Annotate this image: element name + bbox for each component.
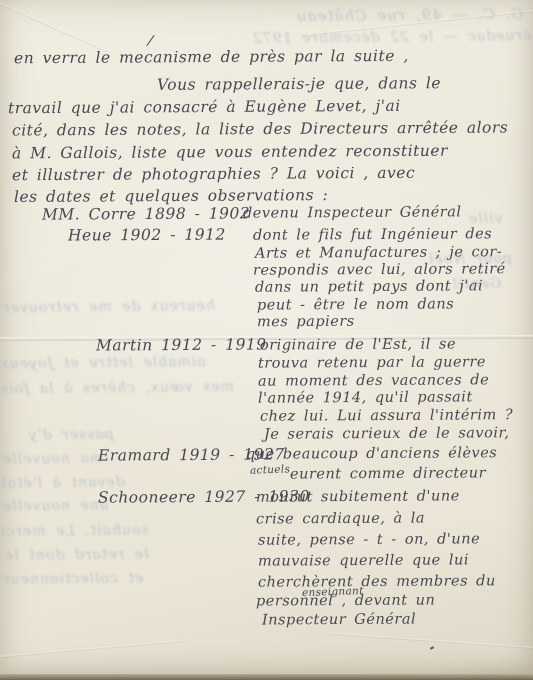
director-note: devenu Inspecteur Général (243, 205, 462, 221)
director-note: respondis avec lui, alors retiré (253, 262, 506, 278)
director-name: Schooneere (98, 488, 196, 507)
letter-line: en verra le mecanisme de près par la sui… (14, 49, 409, 67)
director-note: originaire de l'Est, il se (260, 337, 456, 353)
bleedthrough-line: le retard dont le (4, 547, 149, 563)
director-name-years: Martin 1912 - 1919 (96, 337, 267, 354)
director-note: mes papiers (257, 315, 355, 330)
inserted-word: actuels (250, 463, 291, 476)
director-note: chez lui. Lui assura l'intérim ? (260, 408, 513, 424)
letter-line: à M. Gallois, liste que vous entendez re… (12, 144, 448, 162)
director-name-years: MM. Corre 1898 - 1902 (42, 206, 250, 223)
director-note: Inspecteur Général (262, 613, 416, 628)
bleedthrough-line: heureux de me retrouver (2, 299, 215, 315)
letter-line: Vous rappellerais-je que, dans le (157, 76, 441, 93)
letter-page: G. C. — 49, rue Château 33600 Chéruedac … (0, 0, 533, 680)
director-note: l'année 1914, qu'il passait (258, 390, 473, 406)
director-name-years: Heue 1902 - 1912 (68, 228, 226, 244)
director-note: crise cardiaque, à la (256, 511, 425, 527)
director-note: personnel , devant un (256, 593, 435, 609)
director-note: mauvaise querelle que lui (258, 553, 469, 569)
bleedthrough-line: passer d'y (28, 428, 114, 443)
director-note: suite, pense - t - on, d'une (258, 532, 480, 548)
letter-line: travail que j'ai consacré à Eugène Levet… (8, 99, 401, 117)
director-years: 1912 - 1919 (161, 335, 267, 354)
letter-line: les dates et quelques observations : (14, 188, 328, 205)
bleedthrough-line: une nouvelle (2, 498, 109, 513)
director-note: Arts et Manufactures ; je cor- (255, 245, 502, 261)
letter-line: cité, dans les notes, la liste des Direc… (12, 120, 508, 139)
bottom-crease (0, 639, 190, 658)
caret-mark: / (147, 33, 154, 50)
director-years: 1902 - 1912 (120, 226, 226, 245)
director-name: Eramard (98, 446, 171, 464)
director-note: trouva retenu par la guerre (258, 355, 486, 371)
ink-speck (430, 646, 434, 650)
director-note: Je serais curieux de le savoir, (264, 426, 510, 442)
bleedthrough-line: ville (468, 212, 503, 226)
bleedthrough-line: ma nouvelle (2, 451, 103, 466)
director-name: Martin (96, 336, 153, 354)
corner-crease (0, 2, 107, 53)
director-name: Heue (68, 226, 112, 244)
director-note: dont le fils fut Ingénieur des (253, 227, 492, 243)
bleedthrough-line: mes vœux, chères à la fois (0, 380, 234, 396)
director-note: eurent comme directeur (290, 466, 486, 482)
director-note: dans un petit pays dont j'ai (255, 279, 483, 295)
director-name: MM. Corre (42, 205, 136, 224)
page-bottom-shadow (0, 674, 533, 680)
director-years: 1898 - 1902 (145, 204, 251, 223)
bleedthrough-line: aimable lettre et Joyeux (0, 355, 206, 371)
director-note: mourut subitement d'une (256, 489, 460, 505)
director-note: au moment des vacances de (258, 373, 489, 389)
director-note: peut - être le nom dans (257, 297, 454, 313)
director-note: cherchèrent des membres du (258, 574, 496, 590)
bleedthrough-line: 33600 Chéruedac — le 22 décembre 1972 (252, 28, 533, 46)
bleedthrough-line: souhait. Le merci (0, 523, 149, 539)
director-note: que beaucoup d'anciens élèves (246, 446, 497, 462)
letter-line: et illustrer de photographies ? La voici… (12, 166, 415, 184)
bleedthrough-line: et collectionneur (2, 571, 143, 586)
